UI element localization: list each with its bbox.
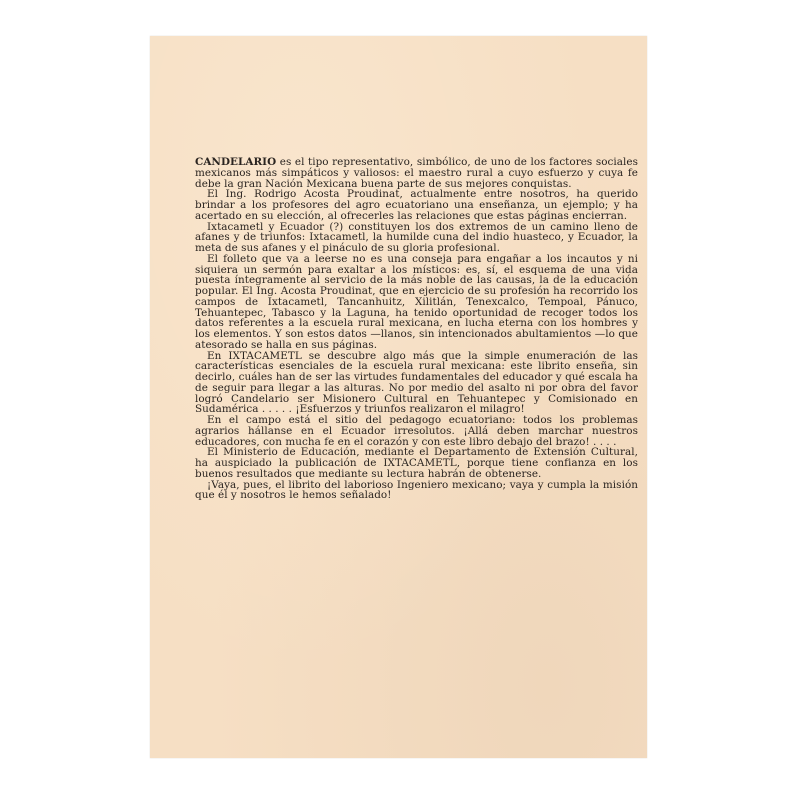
paragraph-6: En el campo está el sitio del pedagogo e… [195,415,638,447]
paragraph-4: El folleto que va a leerse no es una con… [195,254,638,351]
paragraph-1: CANDELARIO es el tipo representativo, si… [195,157,638,189]
book-page: CANDELARIO es el tipo representativo, si… [150,36,647,758]
paragraph-8: ¡Vaya, pues, el librito del laborioso In… [195,480,638,502]
paragraph-2: El Ing. Rodrigo Acosta Proudinat, actual… [195,189,638,221]
paragraph-7: El Ministerio de Educación, mediante el … [195,447,638,479]
paragraph-3: Ixtacametl y Ecuador (?) constituyen los… [195,222,638,254]
paragraph-5: En IXTACAMETL se descubre algo más que l… [195,351,638,416]
body-text: CANDELARIO es el tipo representativo, si… [195,157,638,501]
